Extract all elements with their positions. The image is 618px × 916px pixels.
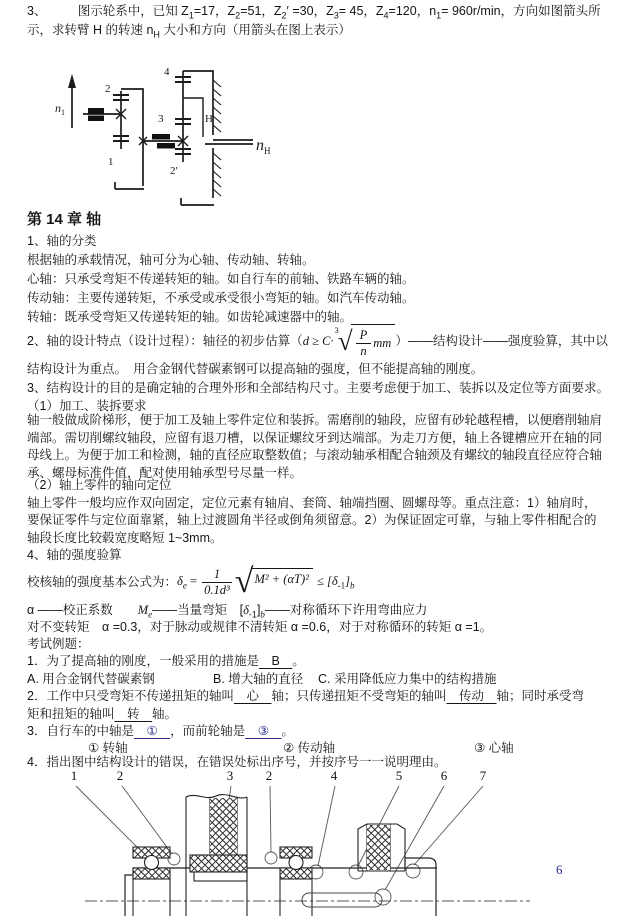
sec4-head: 4、轴的强度验算: [27, 548, 121, 563]
exam-q1: 1．为了提高轴的刚度，一般采用的措施是 B 。: [27, 654, 305, 669]
sec2-line1: 2、轴的设计特点（设计过程）：轴径的初步估算（d ≥ C·3√Pnmm）——结构…: [27, 323, 608, 359]
svg-text:3: 3: [227, 768, 234, 783]
sec3-head: 3、结构设计的目的是确定轴的合理外形和全部结构尺寸。主要考虑便于加工、装拆以及定…: [27, 381, 609, 396]
exam-q3-option-3: ③ 心轴: [474, 741, 514, 756]
document-page: 3、 图示轮系中，已知 Z1=17，Z2=51，Z2′ =30，Z3= 45，Z…: [0, 0, 618, 916]
strength-formula: δe = 10.1d³√M² + (αT)² ≤ [δ-1]b: [177, 567, 355, 597]
alpha-values-line: 对不变转矩 α =0.3，对于脉动或规律不清转矩 α =0.6，对于对称循环的转…: [27, 620, 492, 635]
right-bearing: [280, 847, 312, 916]
exam-q2-line2: 矩和扭矩的轴叫 转 轴。: [27, 707, 177, 722]
page-number: 6: [556, 862, 563, 877]
input-shaft: [83, 108, 126, 121]
svg-text:6: 6: [441, 768, 448, 783]
svg-text:7: 7: [480, 768, 487, 783]
sec3-line: 轴上零件一般均应作双向固定，定位元素有轴肩、套筒、轴端挡圈、圆螺母等。重点注意：…: [27, 496, 596, 511]
exam-q2-line1: 2．工作中只受弯矩不传递扭矩的轴叫 心 轴；只传递扭矩不受弯矩的轴叫 传动 轴；…: [27, 689, 584, 704]
output-speed-label: nH: [256, 137, 271, 156]
problem3-line1: 3、 图示轮系中，已知 Z1=17，Z2=51，Z2′ =30，Z3= 45，Z…: [27, 4, 601, 19]
exam-q1-option-c: C. 采用降低应力集中的结构措施: [318, 672, 496, 687]
svg-text:2: 2: [266, 768, 273, 783]
sec1-line: 心轴：只承受弯矩不传递转矩的轴。如自行车的前轴、铁路车辆的轴。: [27, 272, 415, 287]
diameter-formula: d ≥ C·3√Pnmm: [303, 324, 396, 358]
svg-text:n1: n1: [55, 101, 65, 117]
sec1-line: 根据轴的承载情况，轴可分为心轴、传动轴、转轴。: [27, 253, 315, 268]
error-number-labels: 1 2 3 2 4 5 6 7: [71, 768, 487, 783]
exam-q1-option-a: A. 用合金钢代替碳素钢: [27, 672, 155, 687]
carrier-label: H: [205, 113, 213, 125]
svg-text:2: 2: [117, 768, 124, 783]
sec3-sub2-head: （2）轴上零件的轴向定位: [27, 478, 171, 493]
sec2-line2: 结构设计为重点。 用合金钢代替碳素钢可以提高轴的强度，但不能提高轴的刚度。: [27, 362, 483, 377]
exam-head: 考试例题：: [27, 637, 90, 652]
fixed-frame-right: nH: [181, 71, 271, 205]
gear3-label: 3: [158, 113, 164, 125]
sec1-line: 传动轴：主要传递转矩，不承受或承受很小弯矩的轴。如汽车传动轴。: [27, 291, 415, 306]
left-bearing: [133, 847, 170, 916]
exam-q3: 3．自行车的中轴是 ① ，而前轮轴是 ③ 。: [27, 724, 294, 739]
gear2-label: 2: [105, 83, 111, 95]
chapter-heading: 第 14 章 轴: [27, 212, 101, 227]
exam-q1-option-b: B. 增大轴的直径: [213, 672, 303, 687]
sec3-line: 要保证零件与定位面靠紧，轴上过渡圆角半径或倒角须留意。2）为保证固定可靠，与轴上…: [27, 513, 596, 528]
exam-q3-option-1: ① 转轴: [88, 741, 128, 756]
gear-line-2: 4 3 2′: [158, 66, 191, 177]
sec1-head: 1、轴的分类: [27, 234, 96, 249]
hatch-marks-lower: [213, 153, 221, 196]
alpha-legend-line: α ——校正系数 Me——当量弯矩 [δ-1]b——对称循环下许用弯曲应力: [27, 603, 427, 618]
gear-line-1: 2 1: [105, 83, 129, 168]
problem3-line2: 示，求转臂 H 的转速 nH 大小和方向（用箭头在图上表示）: [27, 23, 351, 38]
gear2p-label: 2′: [170, 165, 178, 177]
svg-text:4: 4: [331, 768, 338, 783]
keyway-plan-view: [302, 893, 382, 907]
sec3-line: 轴段长度比较毂宽度略短 1~3mm。: [27, 531, 223, 546]
exam-q3-option-2: ② 传动轴: [283, 741, 335, 756]
gear1-label: 1: [108, 156, 114, 168]
sec3-line: 端部。需切削螺纹轴段，应留有退刀槽，以保证螺纹牙到达端部。为走刀方便，轴上各键槽…: [27, 431, 602, 446]
hatch-marks-upper: [213, 80, 221, 132]
shaft-assembly-figure: 1 2 3 2 4 5 6 7: [0, 766, 618, 916]
strength-formula-line: 校核轴的强度基本公式为： δe = 10.1d³√M² + (αT)² ≤ [δ…: [27, 562, 355, 602]
middle-shaft: [143, 134, 188, 149]
sec3-line: 母线上。为便于加工和检测，轴的直径应取整数值；与滚动轴承相配合轴颈及有螺纹的轴段…: [27, 448, 602, 463]
svg-text:5: 5: [396, 768, 403, 783]
sec3-line: 轴一般做成阶梯形，便于加工及轴上零件定位和装拆。需磨削的轴段，应留有砂轮越程槽，…: [27, 413, 602, 428]
gear4-label: 4: [164, 66, 170, 78]
frame-left: [115, 89, 147, 189]
sec3-sub1-head: （1）加工、装拆要求: [27, 399, 146, 414]
svg-text:1: 1: [71, 768, 78, 783]
carrier-H: H: [183, 98, 213, 137]
gear-section: [186, 795, 247, 916]
gear-train-diagram: n1 2 1: [55, 56, 300, 228]
hub-section: [358, 824, 405, 871]
input-speed-arrow: n1: [55, 74, 76, 128]
